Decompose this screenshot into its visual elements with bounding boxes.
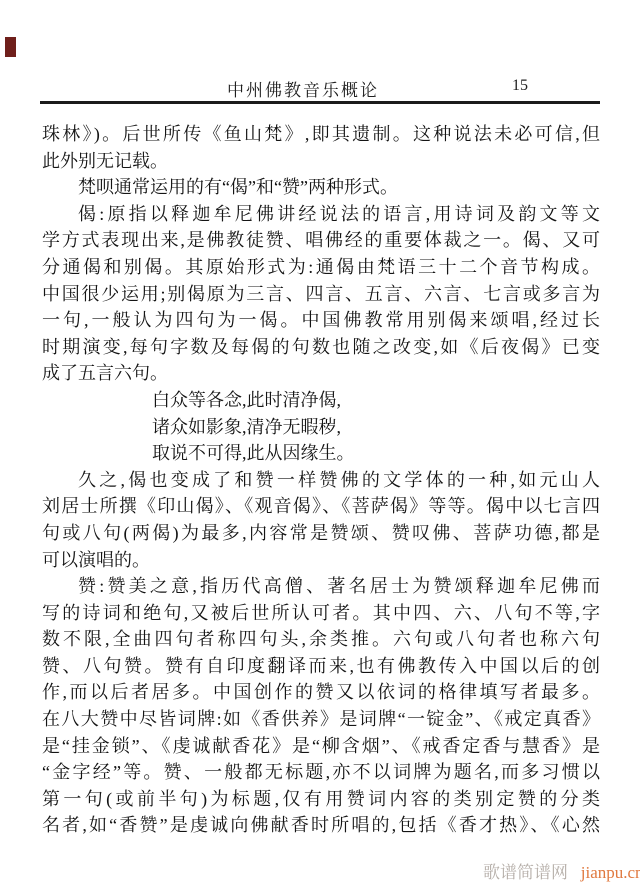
text-line: 中国很少运用;别偈原为三言、四言、五言、六言、七言或多言为 (42, 281, 600, 308)
text-line: 名者,如“香赞”是虔诚向佛献香时所唱的,包括《香才热》、《心然 (42, 812, 600, 839)
text-line: 可以演唱的。 (42, 547, 600, 574)
stamp-mark (5, 37, 16, 57)
text-line: “金字经”等。赞、一般都无标题,亦不以词牌为题名,而多习惯以 (42, 759, 600, 786)
text-line: 数不限,全曲四句者称四句头,余类推。六句或八句者也称六句 (42, 626, 600, 653)
body-text: 珠林》)。后世所传《鱼山梵》,即其遗制。这种说法未必可信,但 此外别无记载。 梵… (42, 121, 600, 839)
text-line: 在八大赞中尽皆词牌:如《香供养》是词牌“一锭金”、《戒定真香》 (42, 706, 600, 733)
watermark-url: jianpu.cn (581, 863, 640, 882)
text-line: 分通偈和别偈。其原始形式为:通偈由梵语三十二个音节构成。 (42, 254, 600, 281)
text-line: 写的诗词和绝句,又被后世所认可者。其中四、六、八句不等,字 (42, 600, 600, 627)
text-line: 一句,一般认为四句为一偈。中国佛教常用别偈来颂唱,经过长 (42, 307, 600, 334)
text-line: 久之,偈也变成了和赞一样赞佛的文学体的一种,如元山人 (42, 467, 600, 494)
verse-line: 诸众如影象,清净无暇秽, (42, 414, 600, 441)
page-number: 15 (512, 77, 528, 95)
verse-line: 取说不可得,此从因缘生。 (42, 440, 600, 467)
text-line: 此外别无记载。 (42, 148, 600, 175)
text-line: 第一句(或前半句)为标题,仅有用赞词内容的类别定赞的分类 (42, 786, 600, 813)
watermark: 歌谱简谱网 jianpu.cn (483, 858, 640, 883)
text-line: 梵呗通常运用的有“偈”和“赞”两种形式。 (42, 174, 600, 201)
header-divider (40, 101, 600, 104)
watermark-label: 歌谱简谱网 (483, 863, 568, 882)
text-line: 赞、八句赞。赞有自印度翻译而来,也有佛教传入中国以后的创 (42, 653, 600, 680)
text-line: 学方式表现出来,是佛教徒赞、唱佛经的重要体裁之一。偈、又可 (42, 227, 600, 254)
text-line: 偈:原指以释迦牟尼佛讲经说法的语言,用诗词及韵文等文 (42, 201, 600, 228)
text-line: 成了五言六句。 (42, 360, 600, 387)
text-line: 珠林》)。后世所传《鱼山梵》,即其遗制。这种说法未必可信,但 (42, 121, 600, 148)
page-title: 中州佛教音乐概论 (24, 76, 582, 101)
text-line: 刘居士所撰《印山偈》、《观音偈》、《菩萨偈》等等。偈中以七言四 (42, 493, 600, 520)
text-line: 时期演变,每句字数及每偈的句数也随之改变,如《后夜偈》已变 (42, 334, 600, 361)
text-line: 赞:赞美之意,指历代高僧、著名居士为赞颂释迦牟尼佛而 (42, 573, 600, 600)
verse-line: 白众等各念,此时清净偈, (42, 387, 600, 414)
text-line: 是“挂金锁”、《虔诚献香花》是“柳含烟”、《戒香定香与慧香》是 (42, 733, 600, 760)
scanned-book-page: 中州佛教音乐概论 15 珠林》)。后世所传《鱼山梵》,即其遗制。这种说法未必可信… (0, 0, 640, 888)
text-line: 作,而以后者居多。中国创作的赞又以依词的格律填写者最多。 (42, 679, 600, 706)
text-line: 句或八句(两偈)为最多,内容常是赞颂、赞叹佛、菩萨功德,都是 (42, 520, 600, 547)
page-header: 中州佛教音乐概论 15 (42, 76, 600, 100)
